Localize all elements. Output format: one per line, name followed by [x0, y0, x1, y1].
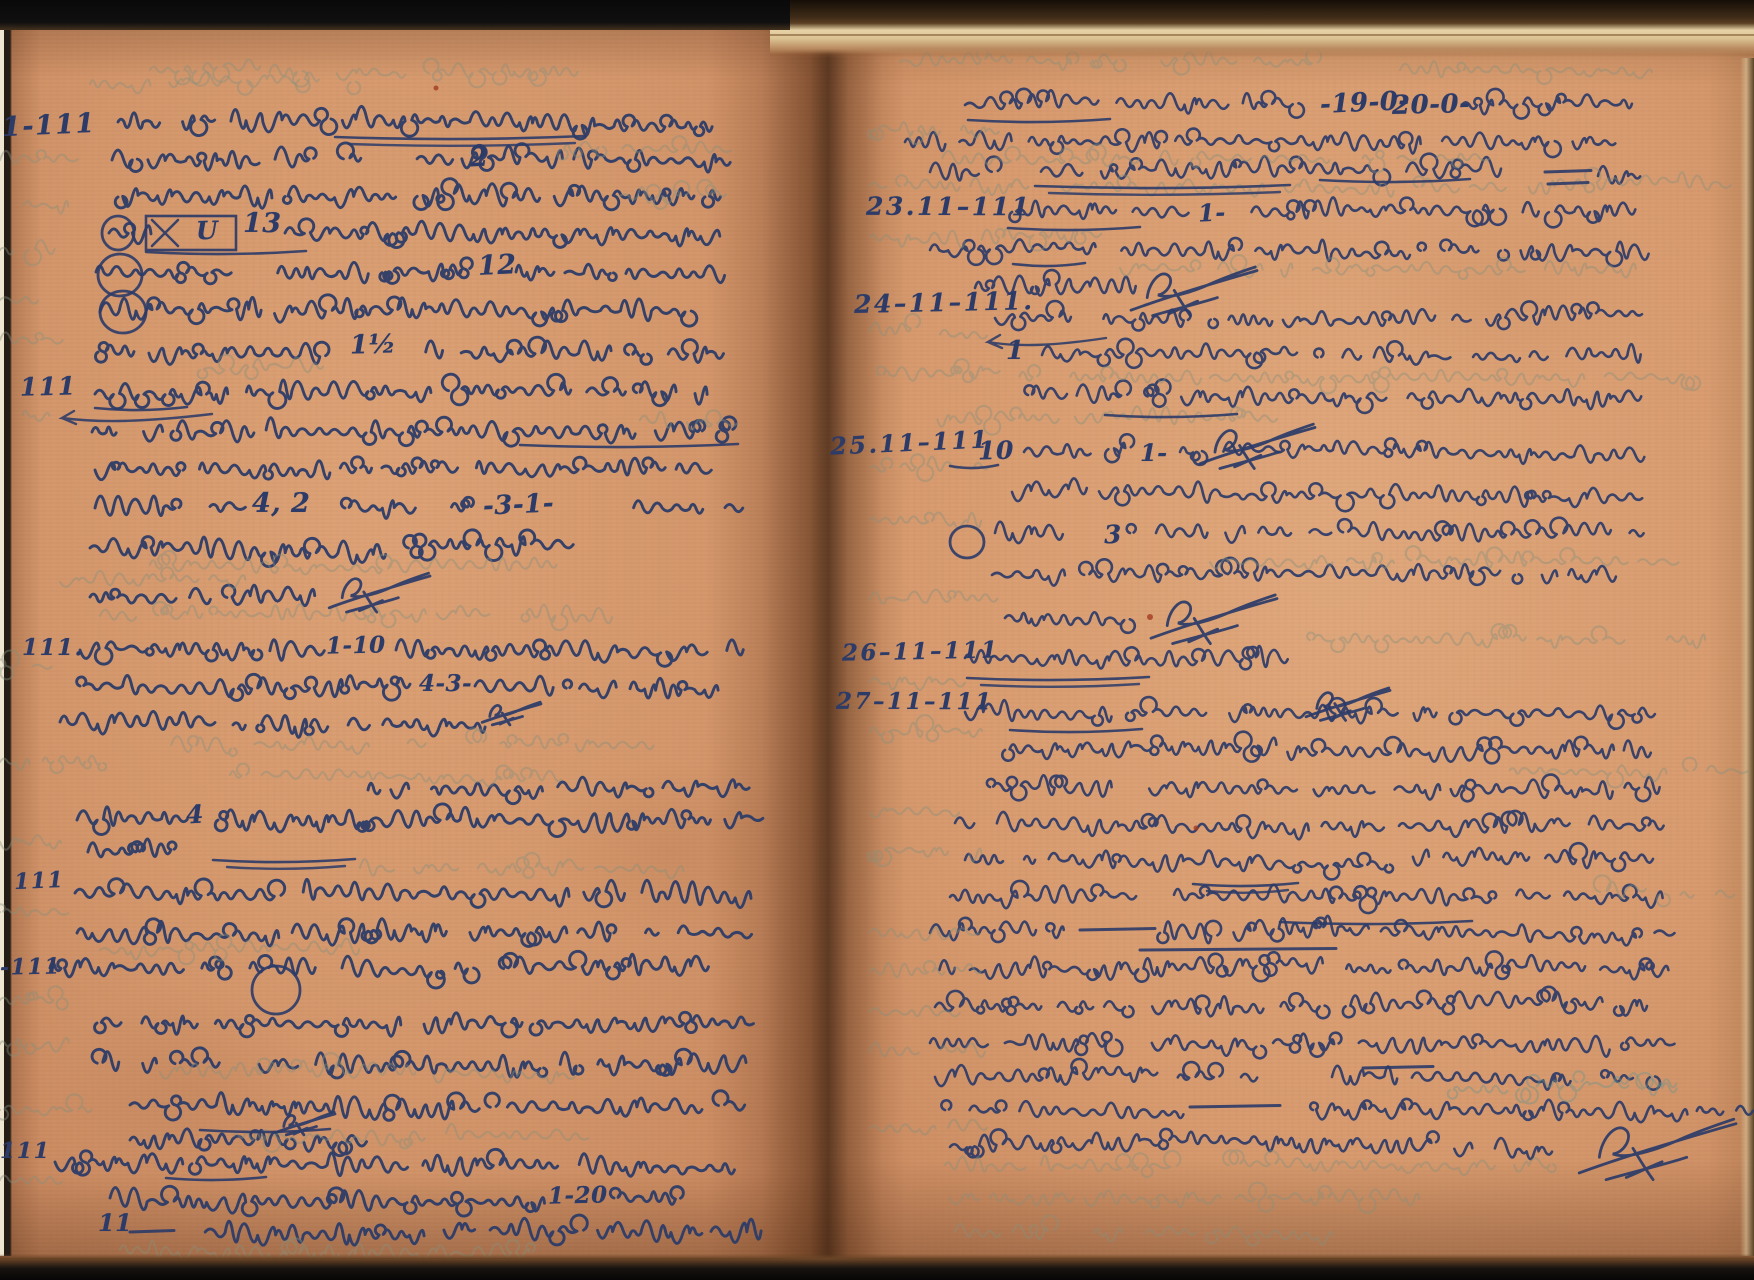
scan-top-border: [0, 0, 790, 30]
book-top-page-edges: [770, 0, 1754, 58]
scan-bottom-border: [0, 1254, 1754, 1280]
notebook-scan: 1-111111111.111-1111112U13121½4, 2-3-1-1…: [0, 0, 1754, 1280]
handwriting-ink-layer: [0, 0, 1754, 1280]
